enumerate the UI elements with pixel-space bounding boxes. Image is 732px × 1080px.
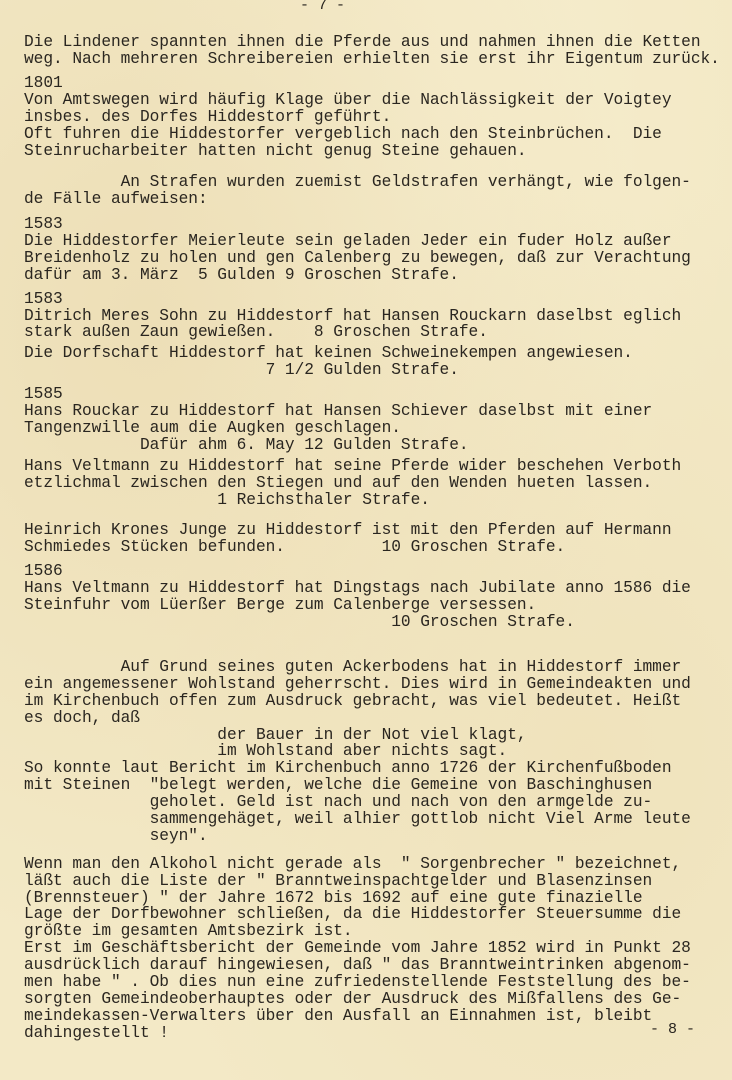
page-number-footer: - 8 - <box>650 1021 695 1038</box>
text-line: geholet. Geld ist nach und nach von den … <box>24 794 652 810</box>
text-line: Lage der Dorfbewohner schließen, da die … <box>24 906 681 922</box>
text-line: meindekassen-Verwalters über den Ausfall… <box>24 1008 652 1024</box>
text-line: mit Steinen "belegt werden, welche die G… <box>24 777 652 793</box>
text-line: etzlichmal zwischen den Stiegen und auf … <box>24 475 652 491</box>
text-line: im Wohlstand aber nichts sagt. <box>24 743 507 759</box>
text-line: insbes. des Dorfes Hiddestorf geführt. <box>24 109 391 125</box>
text-line: Dafür ahm 6. May 12 Gulden Strafe. <box>24 437 469 453</box>
text-line: 1583 <box>24 291 63 307</box>
text-line: Von Amtswegen wird häufig Klage über die… <box>24 92 672 108</box>
text-line: es doch, daß <box>24 710 140 726</box>
text-line: Tangenzwille aum die Augken geschlagen. <box>24 420 401 436</box>
text-line: Erst im Geschäftsbericht der Gemeinde vo… <box>24 940 691 956</box>
text-line: Auf Grund seines guten Ackerbodens hat i… <box>24 659 681 675</box>
text-line: sammengehäget, weil alhier gottlob nicht… <box>24 811 691 827</box>
text-line: Breidenholz zu holen und gen Calenberg z… <box>24 250 691 266</box>
text-line: stark außen Zaun gewießen. 8 Groschen St… <box>24 324 488 340</box>
text-line: 1586 <box>24 563 63 579</box>
text-line: Die Hiddestorfer Meierleute sein geladen… <box>24 233 672 249</box>
text-line: ausdrücklich darauf hingewiesen, daß " d… <box>24 957 691 973</box>
text-line: Steinfuhr vom Lüerßer Berge zum Calenber… <box>24 597 536 613</box>
text-line: Hans Rouckar zu Hiddestorf hat Hansen Sc… <box>24 403 652 419</box>
text-line: 7 1/2 Gulden Strafe. <box>24 362 459 378</box>
text-line: seyn". <box>24 828 208 844</box>
text-line: dahingestellt ! <box>24 1025 169 1041</box>
text-line: im Kirchenbuch offen zum Ausdruck gebrac… <box>24 693 681 709</box>
text-line: Die Lindener spannten ihnen die Pferde a… <box>24 34 701 50</box>
text-line: Hans Veltmann zu Hiddestorf hat Dingstag… <box>24 580 691 596</box>
text-line: 1585 <box>24 386 63 402</box>
text-line: Hans Veltmann zu Hiddestorf hat seine Pf… <box>24 458 681 474</box>
text-line: men habe " . Ob dies nun eine zufriedens… <box>24 974 691 990</box>
text-line: Die Dorfschaft Hiddestorf hat keinen Sch… <box>24 345 633 361</box>
text-line: 10 Groschen Strafe. <box>24 614 575 630</box>
text-line: der Bauer in der Not viel klagt, <box>24 727 527 743</box>
text-line: (Brennsteuer) " der Jahre 1672 bis 1692 … <box>24 890 643 906</box>
text-line: Heinrich Krones Junge zu Hiddestorf ist … <box>24 522 672 538</box>
page-number-header: - 7 - <box>300 0 345 14</box>
text-line: Oft fuhren die Hiddestorfer vergeblich n… <box>24 126 662 142</box>
text-line: ein angemessener Wohlstand geherrscht. D… <box>24 676 691 692</box>
text-line: läßt auch die Liste der " Branntweinspac… <box>24 873 652 889</box>
text-line: 1 Reichsthaler Strafe. <box>24 492 430 508</box>
text-line: sorgten Gemeindeoberhauptes oder der Aus… <box>24 991 681 1007</box>
typewritten-page: - 7 - Die Lindener spannten ihnen die Pf… <box>0 0 732 1080</box>
text-line: Schmiedes Stücken befunden. 10 Groschen … <box>24 539 565 555</box>
text-line: 1583 <box>24 216 63 232</box>
text-line: Steinrucharbeiter hatten nicht genug Ste… <box>24 143 527 159</box>
text-line: größte im gesamten Amtsbezirk ist. <box>24 923 353 939</box>
text-line: Ditrich Meres Sohn zu Hiddestorf hat Han… <box>24 308 681 324</box>
text-line: 1801 <box>24 75 63 91</box>
text-line: Wenn man den Alkohol nicht gerade als " … <box>24 856 681 872</box>
text-line: So konnte laut Bericht im Kirchenbuch an… <box>24 760 672 776</box>
text-line: weg. Nach mehreren Schreibereien erhielt… <box>24 51 720 67</box>
text-line: de Fälle aufweisen: <box>24 191 208 207</box>
text-line: dafür am 3. März 5 Gulden 9 Groschen Str… <box>24 267 459 283</box>
text-line: An Strafen wurden zuemist Geldstrafen ve… <box>24 174 691 190</box>
